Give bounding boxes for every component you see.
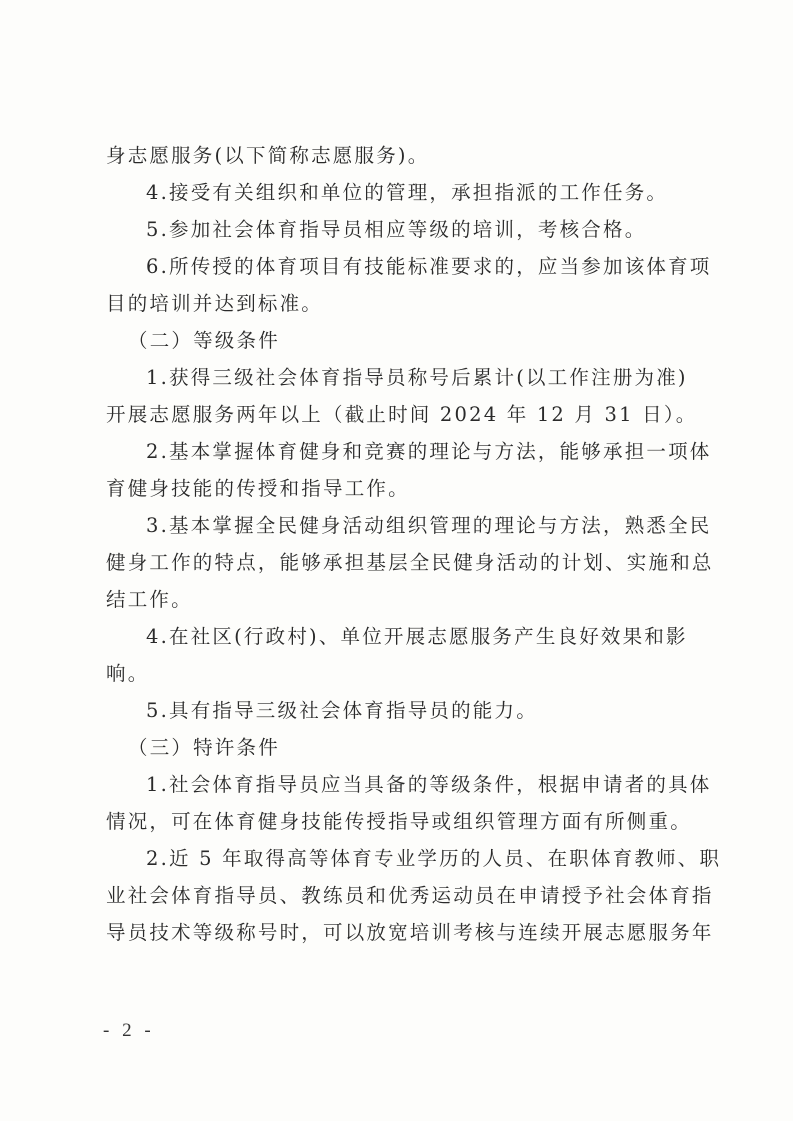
list-item-1-level: 1.获得三级社会体育指导员称号后累计(以工作注册为准) — [106, 359, 696, 396]
text-line-continuation: 情况，可在体育健身技能传授指导或组织管理方面有所侧重。 — [106, 803, 696, 840]
list-item-6-requirement: 6.所传授的体育项目有技能标准要求的，应当参加该体育项 — [106, 248, 696, 285]
text-line-continuation: 健身工作的特点，能够承担基层全民健身活动的计划、实施和总 — [106, 544, 696, 581]
text-line-continuation: 开展志愿服务两年以上（截止时间 2024 年 12 月 31 日）。 — [106, 396, 696, 433]
text-line-continuation: 导员技术等级称号时，可以放宽培训考核与连续开展志愿服务年 — [106, 914, 696, 951]
list-item-3-level: 3.基本掌握全民健身活动组织管理的理论与方法，熟悉全民 — [106, 507, 696, 544]
list-item-5-level: 5.具有指导三级社会体育指导员的能力。 — [106, 692, 696, 729]
text-line-continuation: 育健身技能的传授和指导工作。 — [106, 470, 696, 507]
list-item-5-requirement: 5.参加社会体育指导员相应等级的培训，考核合格。 — [106, 211, 696, 248]
text-line-continuation: 目的培训并达到标准。 — [106, 285, 696, 322]
list-item-4-level: 4.在社区(行政村)、单位开展志愿服务产生良好效果和影 — [106, 618, 696, 655]
text-line-continuation: 结工作。 — [106, 581, 696, 618]
list-item-2-level: 2.基本掌握体育健身和竞赛的理论与方法，能够承担一项体 — [106, 433, 696, 470]
list-item-2-special: 2.近 5 年取得高等体育专业学历的人员、在职体育教师、职 — [106, 840, 696, 877]
page-number: - 2 - — [103, 1020, 155, 1042]
text-line-1: 身志愿服务(以下简称志愿服务)。 — [106, 137, 696, 174]
text-line-continuation: 业社会体育指导员、教练员和优秀运动员在申请授予社会体育指 — [106, 877, 696, 914]
list-item-4-requirement: 4.接受有关组织和单位的管理，承担指派的工作任务。 — [106, 174, 696, 211]
list-item-1-special: 1.社会体育指导员应当具备的等级条件，根据申请者的具体 — [106, 766, 696, 803]
section-heading-level-conditions: （二）等级条件 — [106, 322, 696, 359]
document-body: 身志愿服务(以下简称志愿服务)。 4.接受有关组织和单位的管理，承担指派的工作任… — [106, 137, 696, 951]
section-heading-special-conditions: （三）特许条件 — [106, 729, 696, 766]
text-line-continuation: 响。 — [106, 655, 696, 692]
